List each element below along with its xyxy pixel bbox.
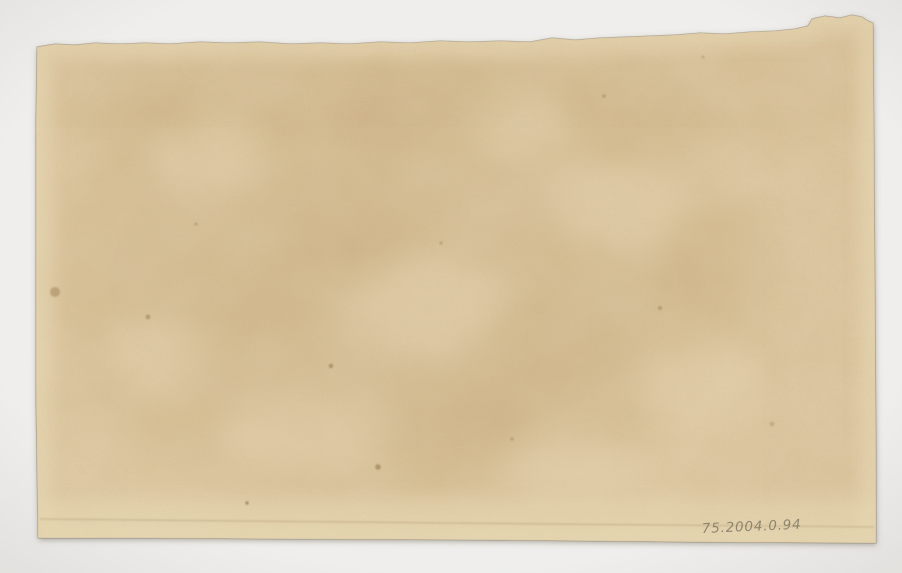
paper-photo-canvas: 75.2004.0.94 — [0, 0, 902, 573]
paper-surface — [30, 8, 882, 553]
photo-of-paper-verso: 75.2004.0.94 — [0, 0, 902, 573]
paper-grain-texture — [30, 8, 882, 553]
